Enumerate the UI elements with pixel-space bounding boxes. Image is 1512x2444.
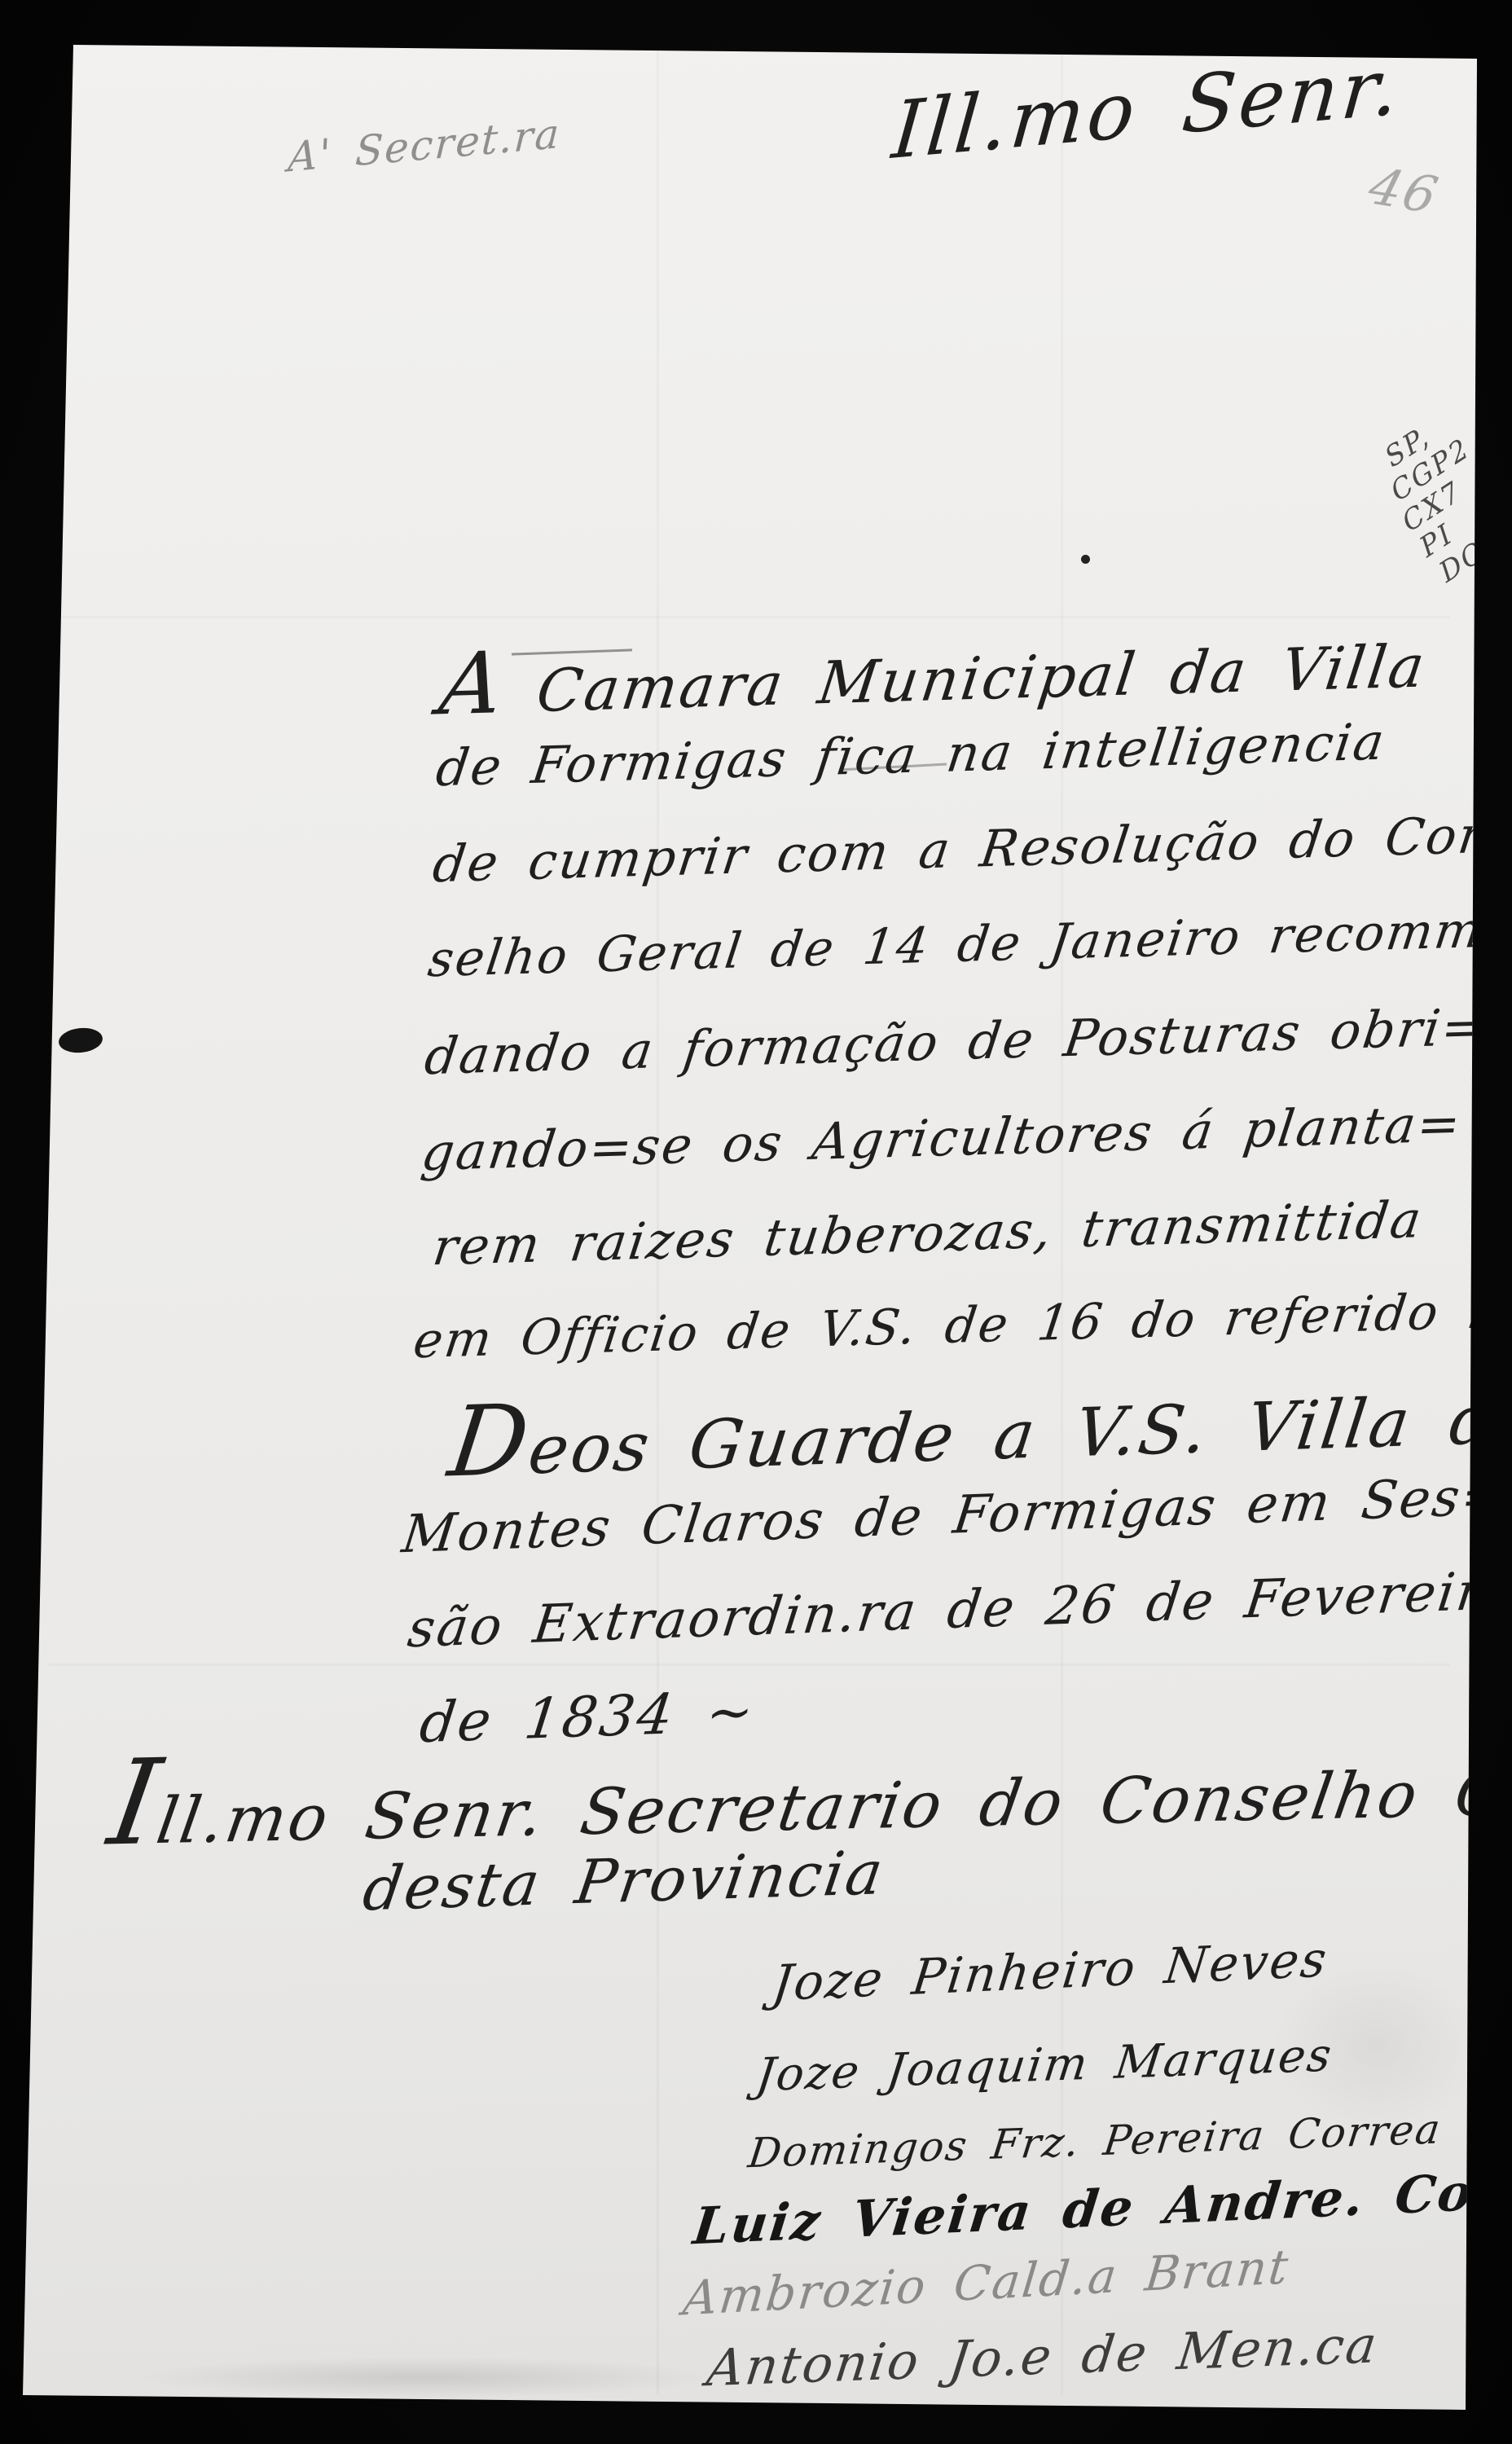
signature-2: Joze Joaquim Marques xyxy=(754,2033,1335,2099)
signature-4: Luiz Vieira de Andre. Costa. xyxy=(691,2162,1512,2252)
body-line-1: A Camara Municipal da Villa xyxy=(435,614,1432,727)
addressee-line-2: desta Provincia xyxy=(359,1843,889,1919)
pencil-folio-number: 46 xyxy=(1364,161,1444,221)
body-line-6: gando=se os Agricultores á planta= xyxy=(419,1098,1466,1178)
body-line-7: rem raizes tuberozas, transmittida xyxy=(430,1194,1426,1273)
pencil-secretaria-note: A' Secret.ra xyxy=(287,113,561,178)
signature-6: Antonio Jo.e de Men.ca xyxy=(704,2319,1381,2393)
signature-5: Ambrozio Cald.a Brant xyxy=(681,2243,1292,2322)
body-line-3: de cumprir com a Resolução do Con= xyxy=(430,808,1512,890)
closing-line-3: são Extraordin.ra de 26 de Fevereiro xyxy=(405,1564,1512,1655)
body-line-4: selho Geral de 14 de Janeiro recommen= xyxy=(425,903,1512,984)
signature-3: Domingos Frz. Pereira Correa xyxy=(746,2108,1444,2174)
salutation-heading: Ill.mo Senr. xyxy=(890,46,1405,170)
body-line-8: em Officio de V.S. de 16 do referido mez… xyxy=(411,1284,1512,1366)
handwriting-layer: A' Secret.ra Ill.mo Senr. 46 SP, CGP2 CX… xyxy=(0,0,1512,2444)
scanned-letter-page: A' Secret.ra Ill.mo Senr. 46 SP, CGP2 CX… xyxy=(0,0,1512,2444)
body-line-2: de Formigas fica na intelligencia xyxy=(433,716,1389,793)
body-line-5: dando a formação de Posturas obri= xyxy=(422,1002,1489,1083)
ink-blot xyxy=(58,1026,104,1054)
signature-1: Joze Pinheiro Neves xyxy=(770,1935,1330,2008)
ink-dot xyxy=(1081,555,1090,564)
